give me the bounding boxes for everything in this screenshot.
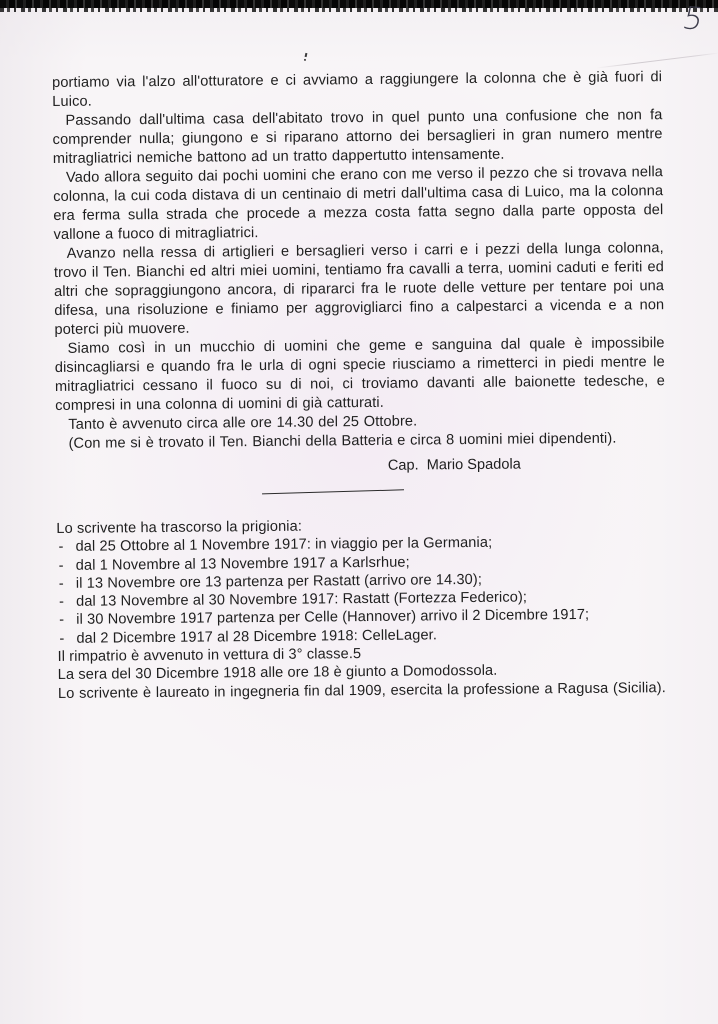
signature: Cap. Mario Spadola xyxy=(388,454,666,476)
ink-speck-artifact xyxy=(305,53,308,57)
dash-bullet: - xyxy=(57,611,76,629)
dash-bullet: - xyxy=(57,575,76,593)
captivity-section: Lo scrivente ha trascorso la prigionia: … xyxy=(56,514,668,703)
dash-bullet: - xyxy=(56,538,75,556)
captivity-item-text: dal 2 Dicembre 1917 al 28 Dicembre 1918:… xyxy=(76,626,437,648)
report-paragraph: Vado allora seguito dai pochi uomini che… xyxy=(53,163,664,245)
report-paragraph: portiamo via l'alzo all'otturatore e ci … xyxy=(52,68,662,112)
paper-crease-line xyxy=(596,52,718,68)
report-body: portiamo via l'alzo all'otturatore e ci … xyxy=(52,68,666,454)
report-paragraph: Siamo così in un mucchio di uomini che g… xyxy=(55,334,666,416)
typescript-content: portiamo via l'alzo all'otturatore e ci … xyxy=(52,68,668,703)
scanned-document-page: 5 portiamo via l'alzo all'otturatore e c… xyxy=(0,0,718,1024)
report-paragraph: Passando dall'ultima casa dell'abitato t… xyxy=(52,106,663,169)
dash-bullet: - xyxy=(57,630,76,648)
dash-bullet: - xyxy=(57,556,76,574)
scanner-edge-artifact xyxy=(0,0,718,8)
signature-rule xyxy=(262,489,404,494)
report-paragraph: Avanzo nella ressa di artiglieri e bersa… xyxy=(54,239,665,340)
dash-bullet: - xyxy=(57,593,76,611)
